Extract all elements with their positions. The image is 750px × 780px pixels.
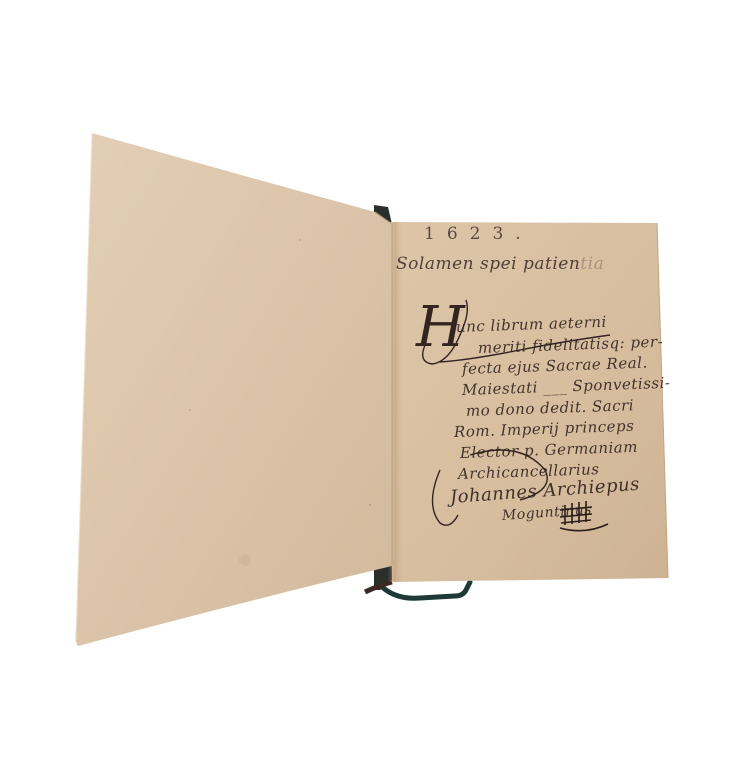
ribbon-bookmark [365, 582, 470, 598]
open-book [0, 0, 750, 780]
left-page [75, 133, 392, 646]
right-page [388, 222, 668, 582]
book-photo: 1623. Solamen spei patientia H unc libru… [0, 0, 750, 780]
